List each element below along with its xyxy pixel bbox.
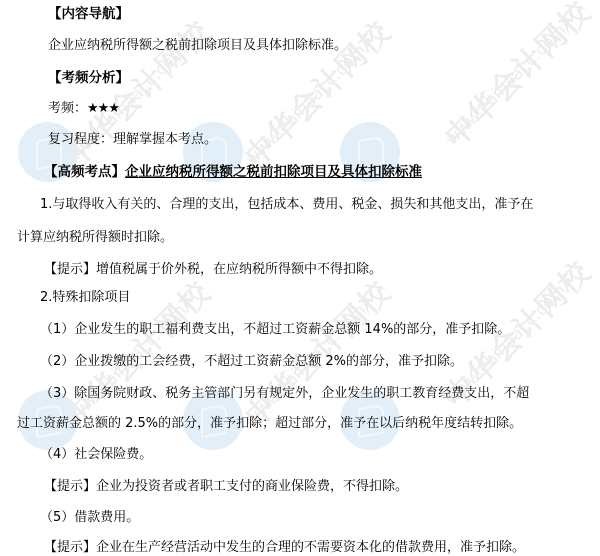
sub-item-3-line-2: 过工资薪金总额的 2.5%的部分，准予扣除；超过部分，准予在以后纳税年度结转扣除… [17, 416, 522, 432]
section-heading-frequency: 【考频分析】 [48, 70, 129, 86]
item-2-heading: 2.特殊扣除项目 [40, 290, 130, 306]
tip-3: 【提示】企业在生产经营活动中发生的合理的不需要资本化的借款费用，准予扣除。 [44, 540, 525, 556]
watermark-text: 中华会计网校 [433, 0, 600, 155]
watermark-text: 中华会计网校 [233, 9, 400, 176]
frequency-label: 考频： [48, 101, 87, 116]
frequency-row: 考频：★★★ [48, 101, 119, 117]
watermark-url: www.chinaacc.com [242, 41, 371, 170]
review-level-text: 复习程度：理解掌握本考点。 [48, 132, 217, 148]
navigation-text: 企业应纳税所得额之税前扣除项目及具体扣除标准。 [48, 38, 347, 54]
watermark-text: 中华会计网校 [53, 9, 220, 176]
sub-item-2: （2）企业拨缴的工会经费，不超过工资薪金总额 2%的部分，准予扣除。 [40, 354, 463, 370]
star-rating-icon: ★★★ [87, 101, 119, 116]
tip-2: 【提示】企业为投资者或者职工支付的商业保险费，不得扣除。 [44, 479, 408, 495]
sub-item-4: （4）社会保险费。 [40, 447, 152, 463]
sub-item-3-line-1: （3）除国务院财政、税务主管部门另有规定外，企业发生的职工教育经费支出，不超 [40, 386, 529, 402]
key-point-prefix: 【高频考点】 [44, 164, 125, 180]
key-point-heading: 【高频考点】企业应纳税所得额之税前扣除项目及具体扣除标准 [44, 164, 422, 180]
item-1-line-2: 计算应纳税所得额时扣除。 [17, 230, 173, 246]
key-point-title: 企业应纳税所得额之税前扣除项目及具体扣除标准 [125, 164, 422, 180]
section-heading-navigation: 【内容导航】 [48, 6, 129, 22]
watermark-text: 中华会计网校 [233, 269, 400, 436]
tip-1: 【提示】增值税属于价外税，在应纳税所得额中不得扣除。 [44, 262, 382, 278]
sub-item-1: （1）企业发生的职工福利费支出，不超过工资薪金总额 14%的部分，准予扣除。 [40, 322, 510, 338]
item-1-line-1: 1.与取得收入有关的、合理的支出，包括成本、费用、税金、损失和其他支出，准予在 [40, 197, 533, 213]
sub-item-5: （5）借款费用。 [40, 510, 139, 526]
watermark-url: www.chinaacc.com [442, 21, 571, 150]
